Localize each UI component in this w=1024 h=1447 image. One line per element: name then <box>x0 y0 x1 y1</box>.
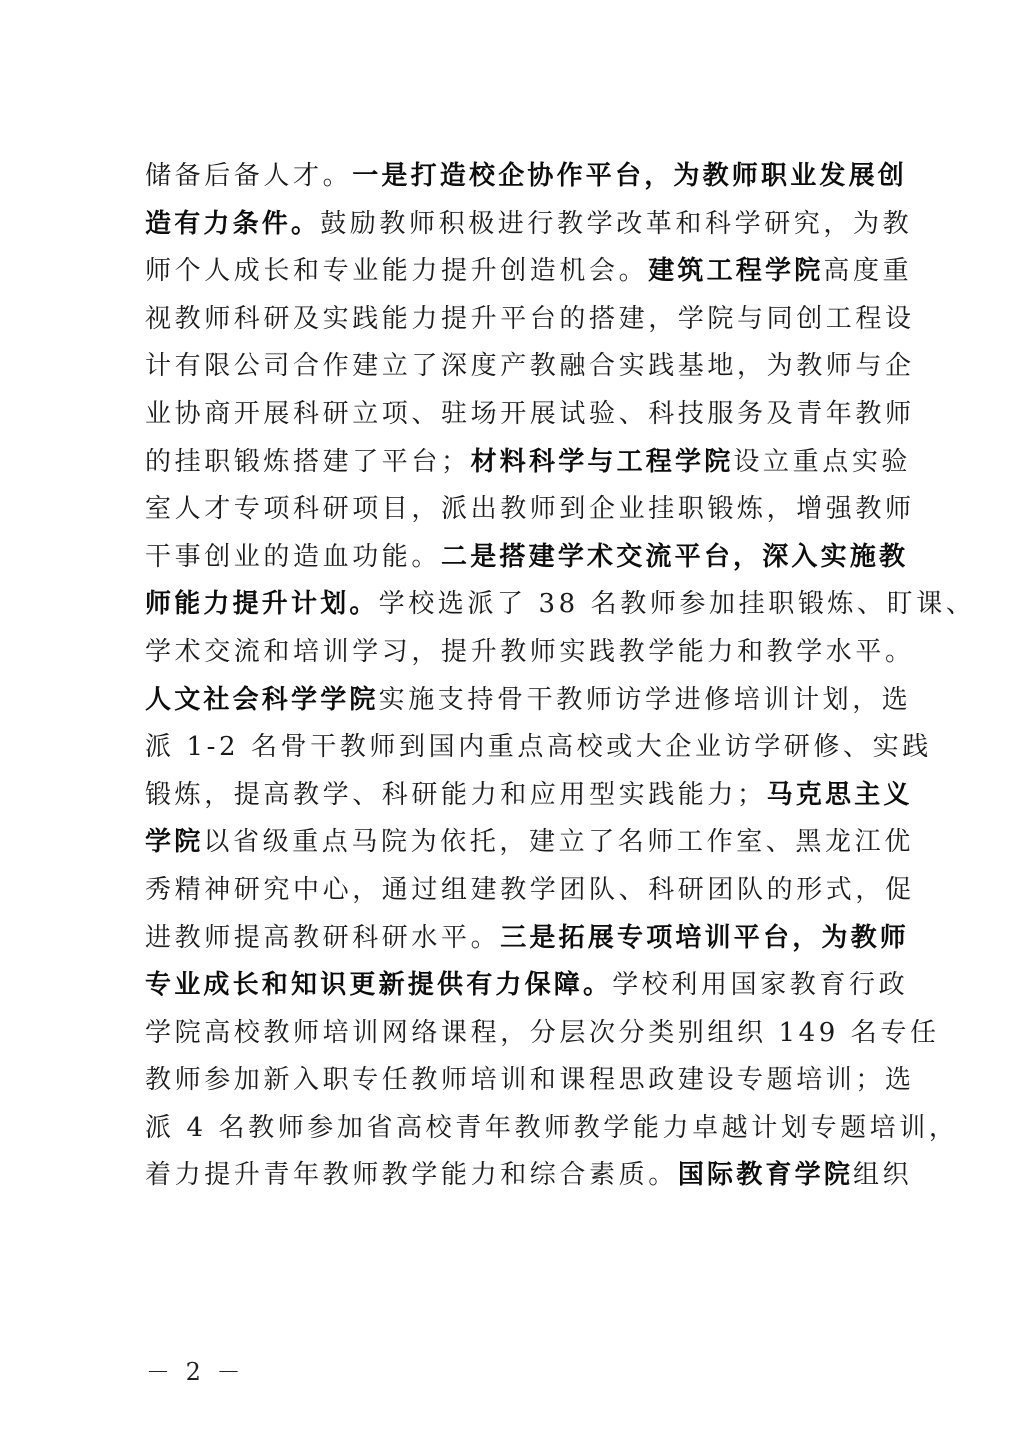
text-line: 锻炼，提高教学、科研能力和应用型实践能力；马克思主义 <box>145 772 880 820</box>
text-line: 计有限公司合作建立了深度产教融合实践基地，为教师与企 <box>145 343 880 391</box>
text-line: 学院高校教师培训网络课程，分层次分类别组织 149 名专任 <box>145 1010 880 1058</box>
text-line: 进教师提高教研科研水平。三是拓展专项培训平台，为教师 <box>145 915 880 963</box>
text-line: 的挂职锻炼搭建了平台；材料科学与工程学院设立重点实验 <box>145 439 880 487</box>
text-segment: 视教师科研及实践能力提升平台的搭建，学院与同创工程设 <box>145 304 915 334</box>
text-line: 师能力提升计划。学校选派了 38 名教师参加挂职锻炼、盯课、 <box>145 581 880 629</box>
text-segment: 业协商开展科研立项、驻场开展试验、科技服务及青年教师 <box>145 399 915 429</box>
text-line: 室人才专项科研项目，派出教师到企业挂职锻炼，增强教师 <box>145 486 880 534</box>
text-line: 学术交流和培训学习，提升教师实践教学能力和教学水平。 <box>145 629 880 677</box>
text-line: 派 4 名教师参加省高校青年教师教学能力卓越计划专题培训， <box>145 1105 880 1153</box>
bold-text-segment: 师能力提升计划。 <box>145 589 379 619</box>
bold-text-segment: 造有力条件。 <box>145 209 320 239</box>
document-page: 储备后备人才。一是打造校企协作平台，为教师职业发展创造有力条件。鼓励教师积极进行… <box>0 0 1024 1447</box>
text-line: 学院以省级重点马院为依托，建立了名师工作室、黑龙江优 <box>145 819 880 867</box>
text-segment: 派 1-2 名骨干教师到国内重点高校或大企业访学研修、实践 <box>145 732 932 762</box>
text-segment: 干事创业的造血功能。 <box>145 542 441 572</box>
text-line: 干事创业的造血功能。二是搭建学术交流平台，深入实施教 <box>145 534 880 582</box>
text-line: 教师参加新入职专任教师培训和课程思政建设专题培训；选 <box>145 1057 880 1105</box>
text-line: 造有力条件。鼓励教师积极进行教学改革和科学研究，为教 <box>145 201 880 249</box>
bold-text-segment: 人文社会科学学院 <box>145 685 379 715</box>
text-line: 秀精神研究中心，通过组建教学团队、科研团队的形式，促 <box>145 867 880 915</box>
text-segment: 师个人成长和专业能力提升创造机会。 <box>145 256 648 286</box>
bold-text-segment: 国际教育学院 <box>678 1160 853 1190</box>
bold-text-segment: 材料科学与工程学院 <box>471 447 734 477</box>
text-segment: 组织 <box>853 1160 912 1190</box>
text-segment: 储备后备人才。 <box>145 161 352 191</box>
text-segment: 以省级重点马院为依托，建立了名师工作室、黑龙江优 <box>203 827 913 857</box>
text-line: 师个人成长和专业能力提升创造机会。建筑工程学院高度重 <box>145 248 880 296</box>
text-segment: 高度重 <box>823 256 912 286</box>
text-line: 人文社会科学学院实施支持骨干教师访学进修培训计划，选 <box>145 677 880 725</box>
text-segment: 鼓励教师积极进行教学改革和科学研究，为教 <box>320 209 912 239</box>
text-segment: 秀精神研究中心，通过组建教学团队、科研团队的形式，促 <box>145 875 915 905</box>
bold-text-segment: 一是打造校企协作平台，为教师职业发展创 <box>352 161 907 191</box>
text-segment: 的挂职锻炼搭建了平台； <box>145 447 471 477</box>
page-number: － 2 － <box>146 1352 245 1387</box>
text-line: 派 1-2 名骨干教师到国内重点高校或大企业访学研修、实践 <box>145 724 880 772</box>
text-line: 视教师科研及实践能力提升平台的搭建，学院与同创工程设 <box>145 296 880 344</box>
text-segment: 实施支持骨干教师访学进修培训计划，选 <box>379 685 912 715</box>
text-segment: 进教师提高教研科研水平。 <box>145 923 500 953</box>
body-paragraph: 储备后备人才。一是打造校企协作平台，为教师职业发展创造有力条件。鼓励教师积极进行… <box>145 153 880 1200</box>
text-segment: 着力提升青年教师教学能力和综合素质。 <box>145 1160 678 1190</box>
text-line: 业协商开展科研立项、驻场开展试验、科技服务及青年教师 <box>145 391 880 439</box>
text-segment: 学院高校教师培训网络课程，分层次分类别组织 149 名专任 <box>145 1018 940 1048</box>
text-segment: 派 4 名教师参加省高校青年教师教学能力卓越计划专题培训， <box>145 1113 958 1143</box>
text-line: 专业成长和知识更新提供有力保障。学校利用国家教育行政 <box>145 962 880 1010</box>
text-segment: 锻炼，提高教学、科研能力和应用型实践能力； <box>145 780 767 810</box>
bold-text-segment: 三是拓展专项培训平台，为教师 <box>500 923 909 953</box>
text-segment: 学校利用国家教育行政 <box>612 970 908 1000</box>
bold-text-segment: 马克思主义 <box>767 780 913 810</box>
text-segment: 室人才专项科研项目，派出教师到企业挂职锻炼，增强教师 <box>145 494 915 524</box>
text-segment: 教师参加新入职专任教师培训和课程思政建设专题培训；选 <box>145 1065 915 1095</box>
text-segment: 计有限公司合作建立了深度产教融合实践基地，为教师与企 <box>145 351 915 381</box>
bold-text-segment: 建筑工程学院 <box>648 256 823 286</box>
bold-text-segment: 二是搭建学术交流平台，深入实施教 <box>441 542 908 572</box>
text-segment: 学术交流和培训学习，提升教师实践教学能力和教学水平。 <box>145 637 915 667</box>
text-segment: 设立重点实验 <box>733 447 911 477</box>
bold-text-segment: 专业成长和知识更新提供有力保障。 <box>145 970 612 1000</box>
text-segment: 学校选派了 38 名教师参加挂职锻炼、盯课、 <box>379 589 976 619</box>
bold-text-segment: 学院 <box>145 827 203 857</box>
text-line: 着力提升青年教师教学能力和综合素质。国际教育学院组织 <box>145 1152 880 1200</box>
text-line: 储备后备人才。一是打造校企协作平台，为教师职业发展创 <box>145 153 880 201</box>
